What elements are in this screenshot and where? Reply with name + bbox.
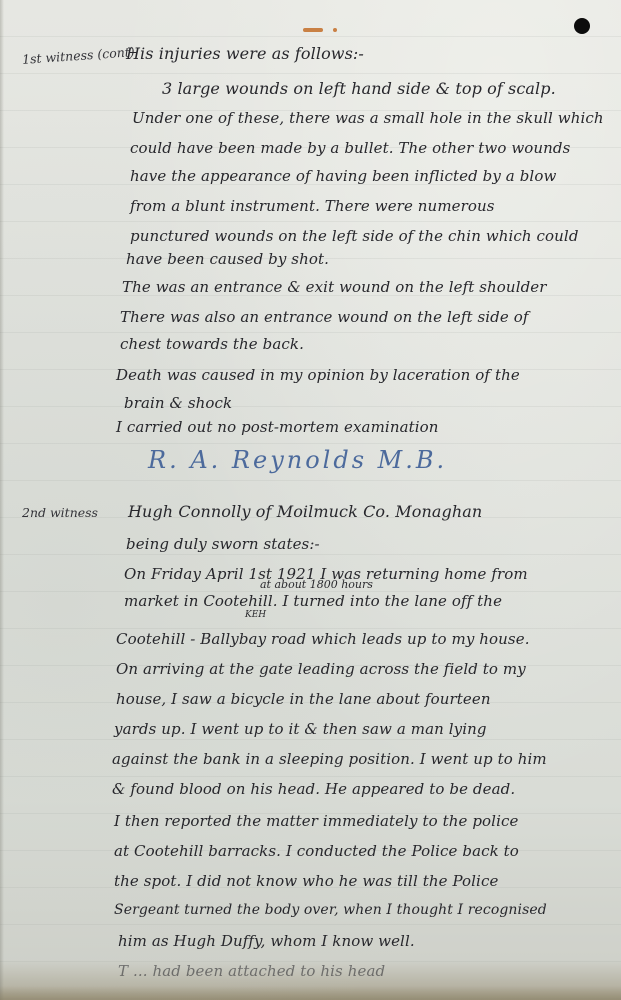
- text-line: 3 large wounds on left hand side & top o…: [162, 79, 556, 98]
- text-line: Under one of these, there was a small ho…: [132, 109, 604, 127]
- text-line: His injuries were as follows:-: [126, 44, 364, 63]
- text-line: I then reported the matter immediately t…: [114, 812, 518, 830]
- page-edge-shadow: [0, 0, 4, 1000]
- margin-label-first-witness: 1st witness (cont): [22, 44, 135, 67]
- text-line: yards up. I went up to it & then saw a m…: [114, 720, 487, 738]
- text-line: him as Hugh Duffy, whom I know well.: [118, 932, 415, 950]
- text-line: chest towards the back.: [120, 335, 304, 353]
- inserted-time-note: at about 1800 hours: [260, 578, 373, 591]
- text-line: Death was caused in my opinion by lacera…: [116, 366, 520, 384]
- text-line: market in Cootehill. I turned into the l…: [124, 592, 502, 610]
- text-line: There was also an entrance wound on the …: [120, 308, 529, 326]
- doctor-signature: R. A. Reynolds M.B.: [148, 446, 447, 474]
- text-line: On arriving at the gate leading across t…: [116, 660, 526, 678]
- text-line: have been caused by shot.: [126, 250, 329, 268]
- insertion-initials: KEH: [245, 610, 266, 620]
- margin-label-second-witness: 2nd witness: [22, 505, 98, 520]
- text-line: The was an entrance & exit wound on the …: [122, 278, 547, 296]
- text-line: Sergeant turned the body over, when I th…: [114, 902, 547, 918]
- text-line-cut-off: T ... had been attached to his head: [118, 962, 385, 980]
- text-line: from a blunt instrument. There were nume…: [130, 197, 495, 215]
- text-line: punctured wounds on the left side of the…: [130, 227, 579, 245]
- document-page: 1st witness (cont) His injuries were as …: [0, 0, 621, 1000]
- text-line: could have been made by a bullet. The ot…: [130, 139, 570, 157]
- ink-dot: [333, 28, 337, 32]
- text-line: against the bank in a sleeping position.…: [112, 750, 547, 768]
- text-line: I carried out no post-mortem examination: [116, 418, 439, 436]
- text-line: the spot. I did not know who he was till…: [114, 872, 498, 890]
- text-line: house, I saw a bicycle in the lane about…: [116, 690, 491, 708]
- text-line: have the appearance of having been infli…: [130, 167, 556, 185]
- page-bottom-edge: [0, 986, 621, 1000]
- text-line: Cootehill - Ballybay road which leads up…: [116, 630, 530, 648]
- text-line: at Cootehill barracks. I conducted the P…: [114, 842, 519, 860]
- text-line: & found blood on his head. He appeared t…: [112, 780, 515, 798]
- ink-smudge: [303, 28, 323, 32]
- text-line: being duly sworn states:-: [126, 535, 320, 553]
- text-line: Hugh Connolly of Moilmuck Co. Monaghan: [128, 502, 482, 521]
- text-line: brain & shock: [124, 394, 232, 412]
- punch-hole: [574, 18, 590, 34]
